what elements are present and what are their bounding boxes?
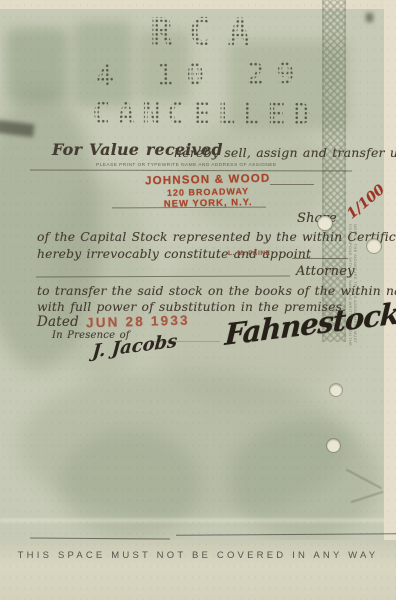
punch-hole [318,216,332,230]
broker-address-stamp: JOHNSON & WOOD 120 BROADWAY NEW YORK, N.… [140,173,277,211]
punch-hole [327,439,340,452]
witness-rule [150,341,220,342]
assignee-micro-notice: PLEASE PRINT OR TYPEWRITE NAME AND ADDRE… [96,163,277,168]
dated-word: Dated [37,314,79,330]
attorney-word: Attorney [296,264,355,279]
ink-speck [366,13,373,22]
punch-hole [330,384,342,396]
attorney-name-stamp: L. M. PAINE [228,250,271,257]
stamp-side-rule [270,184,314,185]
date-stamp: JUN 28 1933 [86,313,190,331]
perforated-company-initials: RCA [150,10,267,55]
perforated-date: 4 10 29 [96,57,307,94]
paper-crease [0,517,396,524]
punch-hole [367,239,381,253]
handwritten-fraction-note: 1/100 [344,182,388,223]
attorney-name-rule [292,258,348,259]
certificate-back-page: NOTICE. THE SIGNATURE TO THIS ASSIGNMENT… [0,0,396,600]
paper-bottom-edge [0,540,396,600]
footer-notice-text: THIS SPACE MUST NOT BE COVERED IN ANY WA… [0,550,396,561]
perforated-cancelled-text: CANCELLED [92,96,318,132]
sell-assign-transfer-text: hereby sell, assign and transfer unto [174,145,396,160]
assignment-body-line1: of the Capital Stock represented by the … [37,230,396,244]
assignment-body-line3: to transfer the said stock on the books … [37,284,396,298]
